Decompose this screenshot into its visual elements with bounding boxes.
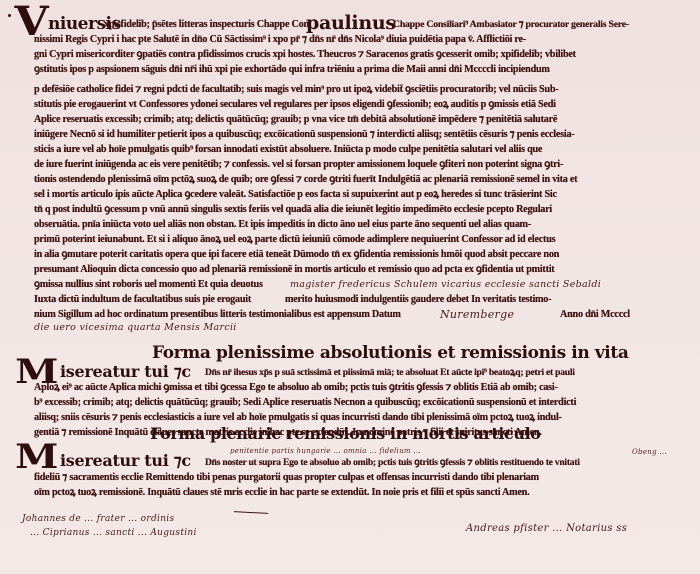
section-heading-remission-at-death: Forma plenarie remissionis in mortis art… [150, 424, 541, 444]
text-line: ꝯstitutis ipos p aspsionem sāguis dn̄i n… [34, 63, 694, 76]
text-line-continuation: Chappe Consiliari⁹ Ambasiator ⁊ procurat… [393, 19, 629, 30]
text-line: ꝯmissa nullius sint roboris uel momenti … [34, 278, 284, 291]
issuer-name: paulinus [306, 13, 396, 33]
signature-left-line-1: Johannes de ... frater ... ordinis [22, 513, 174, 525]
text-line: sticis a iure vel ab hoīe pmulgatis quib… [34, 143, 694, 156]
text-line: fideliū ⁊ sacramentis ecclie Remittendo … [34, 471, 694, 484]
text-line: iniūgere Necnō si id humiliter petierit … [34, 128, 694, 141]
text-line: nium Sigillum ad hoc ordinatum presentib… [34, 308, 434, 321]
notary-signature: Andreas pfister ... Notarius ss [466, 523, 627, 535]
text-line: b⁹ excessib; crimib; atq; delictis quātū… [34, 396, 694, 409]
text-line: aliisq; sniis cēsuris ⁊ penis ecclesiast… [34, 411, 694, 424]
handwritten-date: die uero vicesima quarta Mensis Marcii [34, 322, 237, 334]
text-line: p defēsiōe catholice fidei ⁊ regni pdcti… [34, 83, 694, 96]
text-line: obseruātia. pnīa iniūcta voto uel aliās … [34, 218, 694, 231]
divider-stroke [234, 511, 268, 514]
text-line: primū poterint ieiunabunt. Et si i aliqu… [34, 233, 694, 246]
text-line: stitutis pie erogauerint vt Confessores … [34, 98, 694, 111]
decorative-dot [8, 14, 11, 17]
text-line: presumant Alioquin dicta concessio quo a… [34, 263, 694, 276]
text-line: Aploꝝ ei⁹ ac aūcte Aplica michi ꝯmissa e… [34, 381, 694, 394]
text-line: tn̄ q post indultū ꝯcessum p vnū annū si… [34, 203, 694, 216]
text-line: Dn̄s noster ut supra Ego te absoluo ab o… [205, 456, 695, 469]
text-line: tionis ostendendo plenissimā oīm pctōꝝ s… [34, 173, 694, 186]
handwritten-place: Nuremberge [440, 309, 514, 321]
text-line: Iuxta dictū indultum de facultatibus sui… [34, 293, 269, 306]
text-line-tail: Chappe Consiliari⁹ Ambasiator ⁊ procurat… [393, 18, 693, 31]
text-line: Dn̄s nr̄ ihesus xp̄s p suā sctissimā et … [205, 366, 695, 379]
text-line: oīm pctoꝝ tuoꝝ remissionē. Inquātū claue… [34, 486, 694, 499]
section-heading-absolution-in-life: Forma plenissime absolutionis et remissi… [152, 343, 628, 363]
text-line: merito huiusmodi indulgentiis gaudere de… [285, 293, 695, 306]
handwritten-name-insertion: magister fredericus Schulem vicarius ecc… [290, 279, 601, 291]
text-line: sel i mortis articulo ipis aūcte Aplica … [34, 188, 694, 201]
text-line: Anno dn̄i Mccccl [560, 308, 695, 321]
incipit: isereatur tui ⁊c [60, 452, 191, 470]
text-line: nissimi Regis Cypri i hac pte Salutē in … [34, 33, 694, 46]
decorated-initial-m: M [15, 440, 58, 474]
text-line: de iure fuerint iniūgenda ac eis vere pe… [34, 158, 694, 171]
text-line: xpisfidelib; p̄sētes litteras inspecturi… [104, 18, 310, 31]
text-line: in alia ꝯmutare poterit caritatis opera … [34, 248, 694, 261]
text-line: gni Cypri misericorditer ꝯpatiēs contra … [34, 48, 694, 61]
incipit: isereatur tui ⁊c [60, 363, 191, 381]
signature-left-line-2: ... Ciprianus ... sancti ... Augustini [30, 527, 197, 539]
text-line: Aplice reseruatis excessib; crimib; atq;… [34, 113, 694, 126]
indulgence-document: V niuersis paulinus xpisfidelib; p̄sētes… [0, 0, 700, 574]
